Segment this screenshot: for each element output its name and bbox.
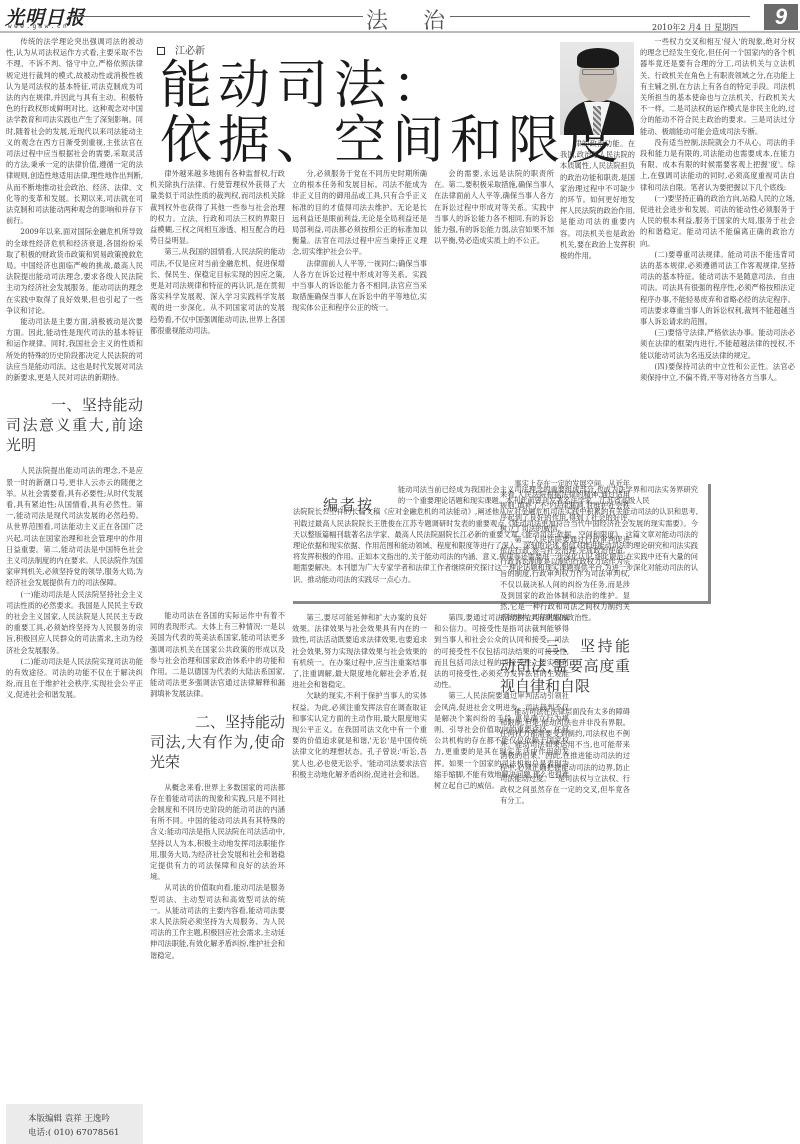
article-column-2: 律外越来越多地拥有各种监督权,行政机关除执行法律、行使管理权外获得了大量类似于司… bbox=[150, 168, 285, 478]
editor-note-text: 能动司法当前已经成为我国社会主义司法理念的重要组成部分,也成为法学界和司法实务界… bbox=[293, 484, 698, 585]
section-3-heading: 三、坚持能动司法,需要高度重视自律和自限 bbox=[500, 636, 630, 696]
masthead: 光明日报 www.gmw.cn 法 治 2010年2 月4 日 星期四 9 bbox=[0, 0, 800, 34]
column-3-paragraph-2: 法律面前人人平等,一视同仁;确保当事人各方在诉讼过程中形成对等关系。实践中当事人… bbox=[292, 258, 427, 314]
column-5-paragraph-2: 事实上存在一定的发展空间。从近年来看,人民法院根据法律的精神,通过适用规则,填补… bbox=[500, 478, 630, 534]
section-2-heading: 二、坚持能动司法,大有作为,使命光荣 bbox=[150, 712, 285, 772]
column-6-paragraph: 一些权力交叉和相互'侵入'的现象,绝对分权的理念已经发生变化,但任何一个国家内的… bbox=[640, 36, 795, 137]
section-1-paragraph-3: (二)能动司法是人民法院实现司法功能的有效途径。司法的功能不仅在于解决纠纷,而且… bbox=[6, 656, 143, 701]
article-column-1: 传统的法学理论突出强调司法的被动性,认为从司法权运作方式看,主要采取不告不理、不… bbox=[6, 36, 143, 1100]
section-1-paragraph: 人民法院提出能动司法的理念,不是应景一时的新潮口号,更非人云亦云的随便之举。从社… bbox=[6, 465, 143, 588]
editor-credits-box: 本版编辑 袁祥 王逸吟 电话:( 010) 67078561 bbox=[6, 1104, 143, 1144]
column-6-item-2: (二)要尊重司法规律。能动司法不能违背司法的基本规律,必须遵循司法工作客观规律,… bbox=[640, 249, 795, 327]
column-6-paragraph-2: 没有适当控制,法院就会力不从心。司法的手段和能力是有限的,司法能动也需要成本,在… bbox=[640, 137, 795, 193]
byline-box-icon bbox=[157, 47, 165, 55]
section-3-paragraph: 能动司法在法律层面没有太多的障碍和限制,但是,能动司法也并非没有界限。任何权力都… bbox=[500, 706, 630, 807]
intro-paragraph: 传统的法学理论突出强调司法的被动性,认为从司法权运作方式看,主要采取不告不理、不… bbox=[6, 36, 143, 226]
column-6-item-1: (一)要坚持正确的政治方向,站稳人民的立场,促进社会进步和发展。司法的能动性必须… bbox=[640, 193, 795, 249]
credits-phone: 电话:( 010) 67078561 bbox=[28, 1126, 143, 1140]
section-2-paragraph-2: 从司法的价值取向看,能动司法是服务型司法、主动型司法和高效型司法的统一。从能动司… bbox=[150, 882, 285, 960]
header-rule-right bbox=[450, 16, 750, 17]
author-photo bbox=[560, 42, 634, 135]
intro-paragraph-2: 2009年以来,面对国际金融危机所导致的全球性经济危机和经济衰退,各国纷纷采取了… bbox=[6, 226, 143, 316]
section-1-heading: 一、坚持能动司法意义重大,前途光明 bbox=[6, 395, 143, 455]
article-column-2-lower: 能动司法在各国的实际运作中有着不同的表现形式。大体上有三种情况:一是以美国为代表… bbox=[150, 610, 285, 1140]
column-5-paragraph: 律的政治功能。在我国,政治是人民法院的本质属性,人民法院担负的政治功能和职责,是… bbox=[560, 138, 635, 261]
column-2-paragraph-3: 能动司法在各国的实际运作中有着不同的表现形式。大体上有三种情况:一是以美国为代表… bbox=[150, 610, 285, 700]
article-column-3: 分,必须服务于党在不同历史时期所确立的根本任务和发展目标。司法不能成为非正义目的… bbox=[292, 168, 427, 478]
headline-line-2: 依据、空间和限度 bbox=[160, 113, 624, 169]
header-divider bbox=[0, 31, 800, 33]
article-column-5: 律的政治功能。在我国,政治是人民法院的本质属性,人民法院担负的政治功能和职责,是… bbox=[560, 138, 635, 478]
credits-editors: 本版编辑 袁祥 王逸吟 bbox=[28, 1112, 143, 1126]
article-column-4: 会的需要,永远是法院的职责所在。第二,要积极采取措施,确保当事人在法律面前人人平… bbox=[434, 168, 554, 478]
column-6-item-4: (四)要保持司法的中立性和公正性。法官必须保持中立,不偏不倚,平等对待各方当事人… bbox=[640, 361, 795, 383]
column-2-paragraph: 律外越来越多地拥有各种监督权,行政机关除执行法律、行使管理权外获得了大量类似于司… bbox=[150, 168, 285, 246]
column-3-paragraph-4: 欠缺的现实,不利于保护当事人的实体权益。为此,必须注重发挥法官在调查取证和事实认… bbox=[292, 690, 427, 780]
section-1-paragraph-2: (一)能动司法是人民法院坚持社会主义司法性质的必然要求。我国是人民民主专政的社会… bbox=[6, 589, 143, 656]
column-5-paragraph-3: 第二,人民法院要通过行政审判促进依法行政,参与社会治理,完成政治使命。行政诉讼制… bbox=[500, 534, 630, 624]
headline-line-1: 能动司法： bbox=[160, 58, 450, 114]
article-column-3-lower: 第三,要尽可能延伸和扩大办案的良好效果。法律效果与社会效果具有内在的一致性,司法… bbox=[292, 612, 427, 1140]
article-column-6: 一些权力交叉和相互'侵入'的现象,绝对分权的理念已经发生变化,但任何一个国家内的… bbox=[640, 36, 795, 1140]
column-3-paragraph: 分,必须服务于党在不同历史时期所确立的根本任务和发展目标。司法不能成为非正义目的… bbox=[292, 168, 427, 258]
intro-paragraph-3: 能动司法是主要方面,消极被动是次要方面。因此,能动性是现代司法的基本特征和运作规… bbox=[6, 316, 143, 383]
section-2-paragraph: 从概念来看,世界上多数国家的司法都存在着能动司法的现象和实践,只是不同社会制度和… bbox=[150, 782, 285, 883]
newspaper-url: www.gmw.cn bbox=[8, 23, 69, 30]
author-byline: 江必新 bbox=[157, 42, 205, 57]
column-6-item-3: (三)要恪守法律,严格依法办事。能动司法必须在法律的框架内进行,不能超越法律的授… bbox=[640, 327, 795, 361]
header-rule-left bbox=[68, 16, 363, 17]
column-3-paragraph-3: 第三,要尽可能延伸和扩大办案的良好效果。法律效果与社会效果具有内在的一致性,司法… bbox=[292, 612, 427, 690]
page-number: 9 bbox=[764, 4, 798, 30]
column-2-paragraph-2: 第三,从我国的国情看,人民法院的能动司法,不仅是应对当前金融危机、促进保增长、保… bbox=[150, 246, 285, 336]
editor-note-text-rest: 法院院长公丕祥的长篇文稿《应对金融危机的司法能动》,阐述他从应对金融危机司法实践… bbox=[293, 507, 698, 583]
column-4-paragraph: 会的需要,永远是法院的职责所在。第二,要积极采取措施,确保当事人在法律面前人人平… bbox=[434, 168, 554, 246]
article-column-5-lower: 事实上存在一定的发展空间。从近年来看,人民法院根据法律的精神,通过适用规则,填补… bbox=[500, 478, 630, 1138]
